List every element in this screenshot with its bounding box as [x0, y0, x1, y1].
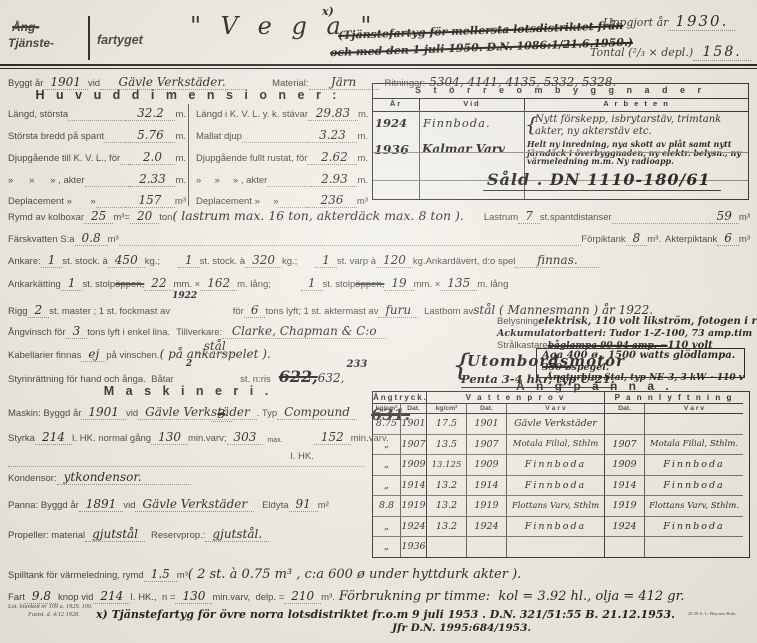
dotted-leader	[85, 172, 130, 187]
kolboxar-line: Rymd av kolboxar 25 m³ = 20 ton ( lastru…	[8, 208, 750, 224]
col-dat-header: Dat.	[466, 404, 506, 414]
cell-tryck-kg: „	[373, 435, 400, 456]
kg-label: kg.;	[145, 256, 160, 267]
uppgjort-label: Uppgjort år	[603, 16, 668, 29]
rebuild-yard: Finnboda.	[420, 110, 524, 130]
rebuild-works: Nytt förskepp, isbrytarstäv, trimtank ak…	[525, 110, 748, 137]
dim-value: 2.93	[311, 172, 357, 187]
cell-tryck-dat: 1919	[400, 496, 426, 517]
brace-glyph: {	[525, 112, 538, 136]
kolboxar-ton: 20	[130, 209, 159, 224]
angvinsch-line: Ångvinsch för 3 tons lyft i enkel lina. …	[8, 324, 386, 339]
cell-pann-varv: Finnboda	[644, 455, 743, 476]
huvuddim-row-l4: Deplacement » »157m³	[8, 193, 186, 208]
header-divider-line	[88, 16, 90, 60]
rigg-text1: st. master ; 1 st. fockmast av	[49, 306, 170, 317]
ombyggnader-row-line	[373, 152, 748, 153]
cell-vatten-varv: Flottans Varv, Sthlm	[506, 496, 604, 517]
chain2-struck: öppen,	[355, 279, 384, 290]
maskin-label: Maskin: Byggd år	[8, 408, 81, 419]
fart-line: Fart 9.8 knop vid 214 I. HK., n = 130 mi…	[8, 589, 685, 604]
propeller-line: Propeller: material gjutstål Reservprop.…	[8, 527, 269, 542]
blankett-text1: Lot. blankett nr 109 a. 1929. 100.	[8, 603, 93, 610]
farskvatten-line: Färskvatten S:a 0.8 m³ Förpiktank 8 m³. …	[8, 231, 750, 246]
vid-label: vid	[123, 500, 135, 511]
ankare-line: Ankare: 1 st. stock. à 450 kg.; 1 st. st…	[8, 253, 750, 268]
dim-value: 157	[125, 193, 175, 208]
lastrum-value: 7	[518, 209, 540, 224]
forpiktank-value: 8	[626, 231, 648, 246]
rebuild-year: 1924	[373, 110, 419, 130]
footnote-text2: Jfr D.N. 1995:684/1953.	[392, 622, 531, 634]
blankett-line1: Lot. blankett nr 109 a. 1929. 100.	[8, 603, 93, 610]
styrka-ihk1: 214	[35, 430, 72, 445]
cell-tryck-dat: 1901	[400, 414, 426, 435]
unit: m³	[177, 570, 188, 581]
boats-count-corrected: 2	[186, 359, 192, 369]
kabellarier-value: ej	[81, 347, 106, 362]
tillverkare-label: Tillverkare:	[176, 327, 222, 338]
anchor1-count: 1	[41, 253, 63, 268]
kolboxar-note: ( lastrum max. 16 ton, akterdäck max. 8 …	[172, 208, 463, 223]
dim-value: 5.76	[125, 128, 175, 143]
col-kg-header: kg/cm²	[426, 404, 466, 414]
kolboxar-value: 25	[84, 209, 113, 224]
cell-vatten-varv: Finnboda	[506, 455, 604, 476]
dim-unit: m³	[175, 196, 186, 207]
footnote-line2: Jfr D.N. 1995:684/1953.	[392, 622, 531, 634]
lang-label: m. lång;	[237, 279, 271, 290]
cell-vatten-kg: 13.2	[426, 517, 466, 538]
dotted-leader	[68, 106, 125, 121]
dim-unit: m.	[175, 109, 186, 120]
footnote-text1: x) Tjänstefartyg för övre norra lotsdist…	[96, 608, 675, 621]
vattenprov-group-header: V a t t e n p r o v	[426, 392, 604, 404]
spilltank-label: Spilltank för värmeledning, rymd	[8, 570, 144, 581]
cell-tryck-kg: „	[373, 517, 400, 538]
dim-value: 2.62	[311, 150, 357, 165]
styrka-text1: I. HK. normal gång	[72, 433, 151, 444]
rigg-label: Rigg	[8, 306, 28, 317]
dim-label: Deplacement » »	[196, 196, 278, 207]
angvinsch-text: tons lyft i enkel lina.	[87, 327, 170, 338]
ombyggnader-box: S t ö r r e o m b y g g n a d e r År Vid…	[372, 83, 749, 200]
angvinsch-tons: 3	[66, 324, 88, 339]
chain1-type: st. stolp	[82, 279, 115, 290]
uppgjort-line: Uppgjort år 1930.	[603, 12, 735, 31]
forbrukning-value: Förbrukning pr timme: kol = 3.92 hl., ol…	[339, 589, 685, 604]
cell-tryck-kg: 8.8	[373, 496, 400, 517]
dim-value: 32.2	[125, 106, 175, 121]
kabellarier-label: Kabellarier finnas	[8, 350, 81, 361]
kondensor-label: Kondensor:	[8, 473, 57, 484]
chain2-mm: 19	[384, 276, 413, 291]
dim-unit: m.	[357, 175, 368, 186]
reservprop-label: Reservprop.:	[151, 530, 205, 541]
vid-label: vid	[126, 408, 138, 419]
boat-no: 632,	[318, 371, 345, 385]
col-kg-header: kg/cm²	[373, 404, 400, 414]
cell-tryck-kg: „	[373, 455, 400, 476]
cell-pann-dat: 1924	[604, 517, 644, 538]
fart-ihk: 214	[93, 589, 130, 604]
fartyget-line: fartyget	[97, 33, 143, 47]
panna-line: Panna: Byggd år 1891 vid Gävle Verkstäde…	[8, 497, 368, 512]
huvuddim-row-r3: » » » , akter2.93m.	[196, 172, 368, 187]
anchor2-type: st. stock. à	[200, 256, 245, 267]
dim-unit: m.	[357, 153, 368, 164]
dim-unit: m.	[175, 153, 186, 164]
dim-label: Längd i K. V. L. y. k. stävar	[196, 109, 308, 120]
tontal-value: 158.	[693, 44, 751, 61]
printer-mark-text: 29 29 A. L. Beyrons Bokt.	[688, 611, 737, 616]
anchor3-count: 1	[315, 253, 337, 268]
dotted-leader	[96, 193, 125, 208]
cell-vatten-kg	[426, 537, 466, 557]
chain2-count: 1	[301, 276, 323, 291]
blankett-line2: Fastst. d. 4/12 1928.	[28, 611, 80, 618]
huvuddim-row-r2: Djupgående fullt rustat, för2.62m.	[196, 150, 368, 165]
dim-unit: m.	[175, 175, 186, 186]
cell-vatten-dat: 1914	[466, 476, 506, 497]
forpiktank-label: Förpiktank	[581, 234, 625, 245]
lastrum-label: Lastrum	[484, 212, 518, 223]
col-dat-header: Dat.	[604, 404, 644, 414]
col-varv-header: V a r v	[644, 404, 743, 414]
fart-varv: 130	[175, 589, 212, 604]
belysning-label: Belysning	[497, 316, 538, 327]
cell-tryck-dat: 1914	[400, 476, 426, 497]
eldyta-value: 91	[289, 497, 318, 512]
uppgjort-value: 1930.	[668, 12, 735, 31]
spilltank-line: Spilltank för värmeledning, rymd 1.5 m³ …	[8, 567, 521, 582]
cell-vatten-dat: 1909	[466, 455, 506, 476]
for-label: för	[233, 306, 244, 317]
col-dat-header: Dat.	[400, 404, 426, 414]
registry-form-page: Ång- Tjänste- fartyget " V e g a " x) (T…	[0, 0, 757, 643]
cell-vatten-dat: 1919	[466, 496, 506, 517]
kg-label: kg.;	[282, 256, 297, 267]
huvuddim-title-text: H u v u d d i m e n s i o n e r :	[36, 88, 341, 102]
reservprop-value: gjutstål.	[205, 527, 269, 542]
col-varv-header: V a r v	[506, 404, 604, 414]
cell-pann-dat: 1919	[604, 496, 644, 517]
cell-vatten-varv: Finnboda	[506, 476, 604, 497]
blank-dotted-line	[8, 456, 364, 467]
chain2-type: st. stolp	[323, 279, 356, 290]
fart-text2: I. HK., n =	[130, 592, 175, 603]
typ-label: . Typ	[257, 408, 277, 419]
huvuddim-row-l3: » » » , akter2.33m.	[8, 172, 186, 187]
cell-tryck-dat: 1909	[400, 455, 426, 476]
spilltank-value: 1.5	[144, 567, 177, 582]
cell-vatten-kg: 13.2	[426, 476, 466, 497]
outboard-motor-line1: Utombordsmotor	[467, 352, 625, 370]
rigg-tons: 6	[244, 303, 266, 318]
unit: m³	[739, 234, 750, 245]
unit: m³	[108, 234, 119, 245]
fart-delp: 210	[284, 589, 321, 604]
styrka-text2: min.varv;	[188, 433, 227, 444]
dotted-leader	[278, 193, 307, 208]
huvuddim-row-r1: Mallat djup3.23m.	[196, 128, 368, 143]
unit: m³	[113, 212, 124, 223]
chain1-struck: öppen,	[115, 279, 144, 290]
lastbom-label: Lastbom av	[424, 306, 473, 317]
huvuddim-row-l1: Största bredd på spant5.76m.	[8, 128, 186, 143]
angvinsch-label: Ångvinsch för	[8, 327, 66, 338]
fart-knop: 9.8	[25, 589, 58, 604]
ankare-label: Ankare:	[8, 256, 41, 267]
footnote-line1: x) Tjänstefartyg för övre norra lotsdist…	[96, 608, 675, 621]
huvuddim-row-r4: Deplacement » »236m³	[196, 193, 368, 208]
header-rule-thin	[0, 68, 757, 69]
kabellarier-line: Kabellarier finnas ej på vinschen. ( på …	[8, 347, 271, 362]
panna-year: 1891	[79, 497, 124, 512]
farskvatten-label: Färskvatten S:a	[8, 234, 75, 245]
cell-vatten-varv: Gävle Verkstäder	[506, 414, 604, 435]
anchor2-kg: 320	[245, 253, 282, 268]
rigg-text3: tons lyft; 1 st. aktermast av	[265, 306, 378, 317]
belysning-line: Belysning elektrisk, 110 volt likström, …	[497, 316, 757, 327]
header-rule-thick	[0, 64, 757, 66]
propeller-label: Propeller: material	[8, 530, 85, 541]
cell-pann-dat	[604, 414, 644, 435]
dim-label: » » » , akter	[8, 175, 85, 186]
vessel-type-tjanste: Tjänste-	[8, 36, 54, 50]
dim-unit: m³	[357, 196, 368, 207]
dotted-leader	[8, 456, 364, 467]
fart-text1: knop vid	[58, 592, 93, 603]
kolboxar-label: Rymd av kolboxar	[8, 212, 84, 223]
fart-label: Fart	[8, 592, 25, 603]
dim-unit: m.	[175, 131, 186, 142]
rigg-masts: 2	[28, 303, 50, 318]
cell-pann-varv: Finnboda	[644, 517, 743, 538]
huvuddim-row-r0: Längd i K. V. L. y. k. stävar29.83m.	[196, 106, 368, 121]
cell-pann-varv: Finnboda	[644, 476, 743, 497]
cell-vatten-kg: 13.125	[426, 455, 466, 476]
dim-label: Längd, största	[8, 109, 68, 120]
cell-vatten-varv: Motala Filial, Sthlm	[506, 435, 604, 456]
printer-mark: 29 29 A. L. Beyrons Bokt.	[688, 611, 737, 616]
footnote-mark-value: x)	[322, 5, 334, 18]
maskin-line: Maskin: Byggd år 1901 vid Gävle Verkstäd…	[8, 405, 368, 420]
dim-value: 236	[307, 193, 357, 208]
lastbom-value: stål ( Mannesmann ) år 1922.	[473, 303, 653, 317]
cell-vatten-dat: 1924	[466, 517, 506, 538]
styrka-varv2: 152	[314, 430, 351, 445]
dim-label: Deplacement » »	[8, 196, 96, 207]
cell-tryck-kg: „	[373, 476, 400, 497]
ang-label: Ång-	[12, 20, 39, 34]
cell-vatten-kg: 17.5	[426, 414, 466, 435]
unit: m³.	[321, 592, 335, 603]
angpanna-grid: Ångtryck. V a t t e n p r o v P a n n l …	[373, 392, 749, 557]
dotted-leader	[119, 231, 582, 246]
kg-label: kg.	[413, 256, 426, 267]
anchor1-kg: 450	[108, 253, 145, 268]
fartyget-label: fartyget	[97, 33, 143, 47]
farskvatten-value: 0.8	[75, 231, 108, 246]
dotted-leader	[120, 150, 129, 165]
tillverkare-value: Clarke, Chapman & C:o	[222, 324, 386, 339]
spilltank-note: ( 2 st. à 0.75 m³ , c:a 600 ø under hytt…	[188, 567, 521, 582]
dim-label: Mallat djup	[196, 131, 242, 142]
max-note: max.	[267, 437, 282, 444]
cell-pann-dat	[604, 537, 644, 557]
kondensor-line: Kondensor: ytkondensor.	[8, 470, 191, 485]
panna-label: Panna: Byggd år	[8, 500, 79, 511]
cell-pann-dat: 1914	[604, 476, 644, 497]
fart-text3: min.varv, delp. =	[212, 592, 284, 603]
mm-label: mm. ×	[174, 279, 201, 290]
anchor2-count: 1	[178, 253, 200, 268]
cell-tryck-dat: 1907	[400, 435, 426, 456]
cell-vatten-varv: Finnboda	[506, 517, 604, 538]
akterpiktank-label: Akterpiktank	[665, 234, 717, 245]
unit: m³	[739, 212, 750, 223]
dotted-leader	[267, 172, 311, 187]
cell-tryck-kg: „	[373, 537, 400, 557]
outboard-motor-name: Utombordsmotor	[467, 352, 625, 370]
chain2-length: 135	[440, 276, 477, 291]
dim-label: » » » , akter	[196, 175, 267, 186]
chain1-length: 162	[200, 276, 237, 291]
anchor3-kg: 120	[376, 253, 413, 268]
cell-vatten-kg: 13.2	[426, 496, 466, 517]
vessel-type-ang: Ång-	[12, 20, 39, 34]
eldyta-label: Eldyta	[262, 500, 288, 511]
dim-label: Största bredd på spant	[8, 131, 104, 142]
unit: m³.	[647, 234, 661, 245]
cell-pann-varv	[644, 537, 743, 557]
aktermast-material: furu	[378, 303, 418, 318]
huvuddim-row-l0: Längd, största32.2m.	[8, 106, 186, 121]
tontal-line: Tontal (²/₃ × depl.) 158.	[590, 44, 751, 61]
dim-label: Djupgående fullt rustat, för	[196, 153, 307, 164]
huvuddim-title: H u v u d d i m e n s i o n e r :	[8, 88, 368, 102]
ton-label: ton	[159, 212, 172, 223]
batteri-value: Ackumulatorbatteri: Tudor 1-Z-100, 73 am…	[497, 328, 752, 339]
davert-label: Ankardävert, d:o spel	[426, 256, 516, 267]
dotted-leader	[104, 128, 125, 143]
maskineri-title: M a s k i n e r i .	[8, 384, 368, 398]
cell-pann-dat: 1907	[604, 435, 644, 456]
dim-unit: m.	[358, 109, 369, 120]
maskin-yard: Gävle Verkstäder	[138, 405, 257, 420]
dim-label: Djupgående till K. V. L., för	[8, 153, 120, 164]
cell-vatten-varv	[506, 537, 604, 557]
dim-unit: m.	[357, 131, 368, 142]
cell-vatten-kg: 13.5	[426, 435, 466, 456]
dim-value: 29.83	[308, 106, 358, 121]
anchor3-type: st. varp à	[337, 256, 376, 267]
spantdistanser-label: spantdistanser	[550, 212, 612, 223]
st-label: st.	[540, 212, 550, 223]
maskin-typ: Compound	[277, 405, 357, 420]
panna-yard: Gävle Verkstäder	[135, 497, 254, 512]
maskin-year: 1901	[81, 405, 126, 420]
tontal-label: Tontal (²/₃ × depl.)	[590, 46, 693, 59]
anchor1-type: st. stock. à	[62, 256, 107, 267]
cell-tryck-kg: 8.75	[373, 414, 400, 435]
davert-value: finnas.	[515, 253, 599, 268]
cell-vatten-dat: 1907	[466, 435, 506, 456]
maskineri-title-text: M a s k i n e r i .	[104, 384, 272, 398]
cell-pann-varv: Flottans Varv, Sthlm.	[644, 496, 743, 517]
ombyggnader-col-ar: 1924 1936	[373, 110, 420, 199]
lang-label: m. lång	[477, 279, 508, 290]
dotted-leader	[242, 128, 307, 143]
ankarkatting-line: Ankarkätting 1 st. stolp öppen, 22 mm. ×…	[8, 276, 750, 291]
kabellarier-note: ( på ankarspelet ).	[160, 347, 271, 361]
styrka-varv1: 130	[151, 430, 188, 445]
propeller-value: gjutstål	[85, 527, 145, 542]
footnote-mark: x)	[322, 5, 334, 18]
huvuddim-divider	[188, 104, 189, 206]
pannlyftning-group-header: P a n n l y f t n i n g	[604, 392, 743, 404]
cell-pann-varv	[644, 414, 743, 435]
rigg-year-above: 1922	[172, 291, 197, 301]
cell-vatten-dat	[466, 537, 506, 557]
chain1-count: 1	[61, 276, 83, 291]
kabellarier-text: på vinschen.	[106, 350, 159, 361]
angtryck-group-header: Ångtryck.	[373, 392, 426, 404]
styrka-ihk2: 303	[227, 430, 264, 445]
batteri-line: Ackumulatorbatteri: Tudor 1-Z-100, 73 am…	[497, 328, 752, 339]
tjanste-label: Tjänste-	[8, 36, 54, 50]
akterpiktank-value: 6	[717, 231, 739, 246]
sold-note: Såld . DN 1110-180/61	[483, 170, 721, 191]
mm-label: mm. ×	[414, 279, 441, 290]
cell-pann-dat: 1909	[604, 455, 644, 476]
chain1-mm: 22	[144, 276, 173, 291]
huvuddim-row-l2: Djupgående till K. V. L., för2.0m.	[8, 150, 186, 165]
ombyggnader-title: S t ö r r e o m b y g g n a d e r	[373, 85, 748, 95]
ankarkatting-label: Ankarkätting	[8, 279, 61, 290]
dim-value: 2.0	[129, 150, 175, 165]
belysning-value: elektrisk, 110 volt likström, fotogen i …	[538, 316, 757, 327]
dotted-leader	[612, 208, 710, 224]
angpanna-table: Ångtryck. V a t t e n p r o v P a n n l …	[372, 391, 750, 558]
dim-value: 2.33	[129, 172, 175, 187]
sold-note-text: Såld . DN 1110-180/61	[483, 170, 721, 191]
cell-vatten-dat: 1901	[466, 414, 506, 435]
styrka-label: Styrka	[8, 433, 35, 444]
cell-pann-varv: Motala Filial, Sthlm.	[644, 435, 743, 456]
boat-no-corrected: 233	[346, 359, 367, 370]
dim-value: 3.23	[307, 128, 357, 143]
unit: m²	[318, 500, 329, 511]
cell-tryck-dat: 1936	[400, 537, 426, 557]
blankett-text2: Fastst. d. 4/12 1928.	[28, 611, 80, 618]
cell-tryck-dat: 1924	[400, 517, 426, 538]
spant-value: 59	[710, 209, 739, 224]
kondensor-value: ytkondensor.	[57, 470, 191, 485]
